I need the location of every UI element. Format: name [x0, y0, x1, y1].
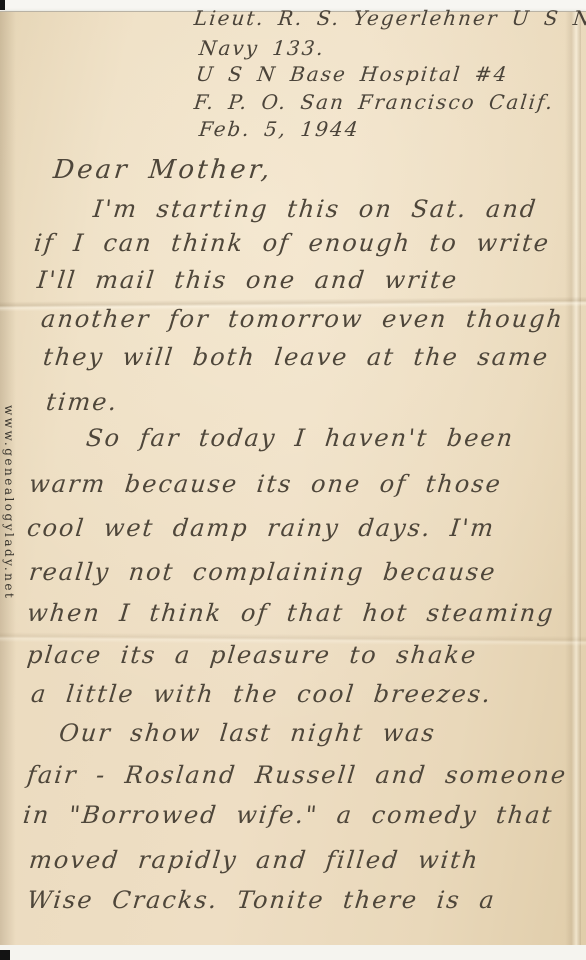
letter-line: time.: [45, 390, 119, 414]
letter-line: place its a pleasure to shake: [26, 643, 479, 667]
letter-line: Wise Cracks. Tonite there is a: [26, 888, 497, 912]
salutation: Dear Mother,: [52, 157, 274, 183]
scan-bottom-edge: [0, 945, 586, 960]
header-line-date: Feb. 5, 1944: [198, 119, 361, 139]
letter-line: another for tomorrow even though: [40, 307, 565, 331]
letter-line: cool wet damp rainy days. I'm: [26, 516, 496, 540]
letter-line: Our show last night was: [58, 721, 437, 745]
letter-line: fair - Rosland Russell and someone: [26, 763, 568, 787]
letter-line: moved rapidly and filled with: [28, 848, 481, 872]
scan-corner-mark-bottom: [0, 950, 10, 960]
letter-line: if I can think of enough to write: [33, 231, 551, 255]
scanned-letter-page: www.genealogylady.net Lieut. R. S. Yeger…: [0, 0, 586, 960]
paper-right-fold-shading: [565, 12, 581, 945]
header-line-sender: Lieut. R. S. Yegerlehner U S N R: [193, 8, 586, 28]
letter-line: in "Borrowed wife." a comedy that: [22, 803, 555, 827]
letter-line: they will both leave at the same: [42, 345, 550, 369]
header-line-hospital: U S N Base Hospital #4: [195, 64, 509, 84]
header-line-fpo: F. P. O. San Francisco Calif.: [193, 92, 555, 112]
letter-line: I'm starting this on Sat. and: [92, 197, 539, 221]
letter-line: So far today I haven't been: [85, 426, 515, 450]
letter-line: really not complaining because: [28, 560, 498, 584]
letter-line: warm because its one of those: [28, 472, 503, 496]
letter-line: a little with the cool breezes.: [30, 682, 493, 706]
header-line-navy: Navy 133.: [198, 38, 326, 58]
scan-corner-mark-top: [0, 0, 5, 10]
letter-line: when I think of that hot steaming: [26, 601, 556, 625]
watermark-url: www.genealogylady.net: [2, 405, 16, 600]
letter-line: I'll mail this one and write: [36, 268, 459, 292]
